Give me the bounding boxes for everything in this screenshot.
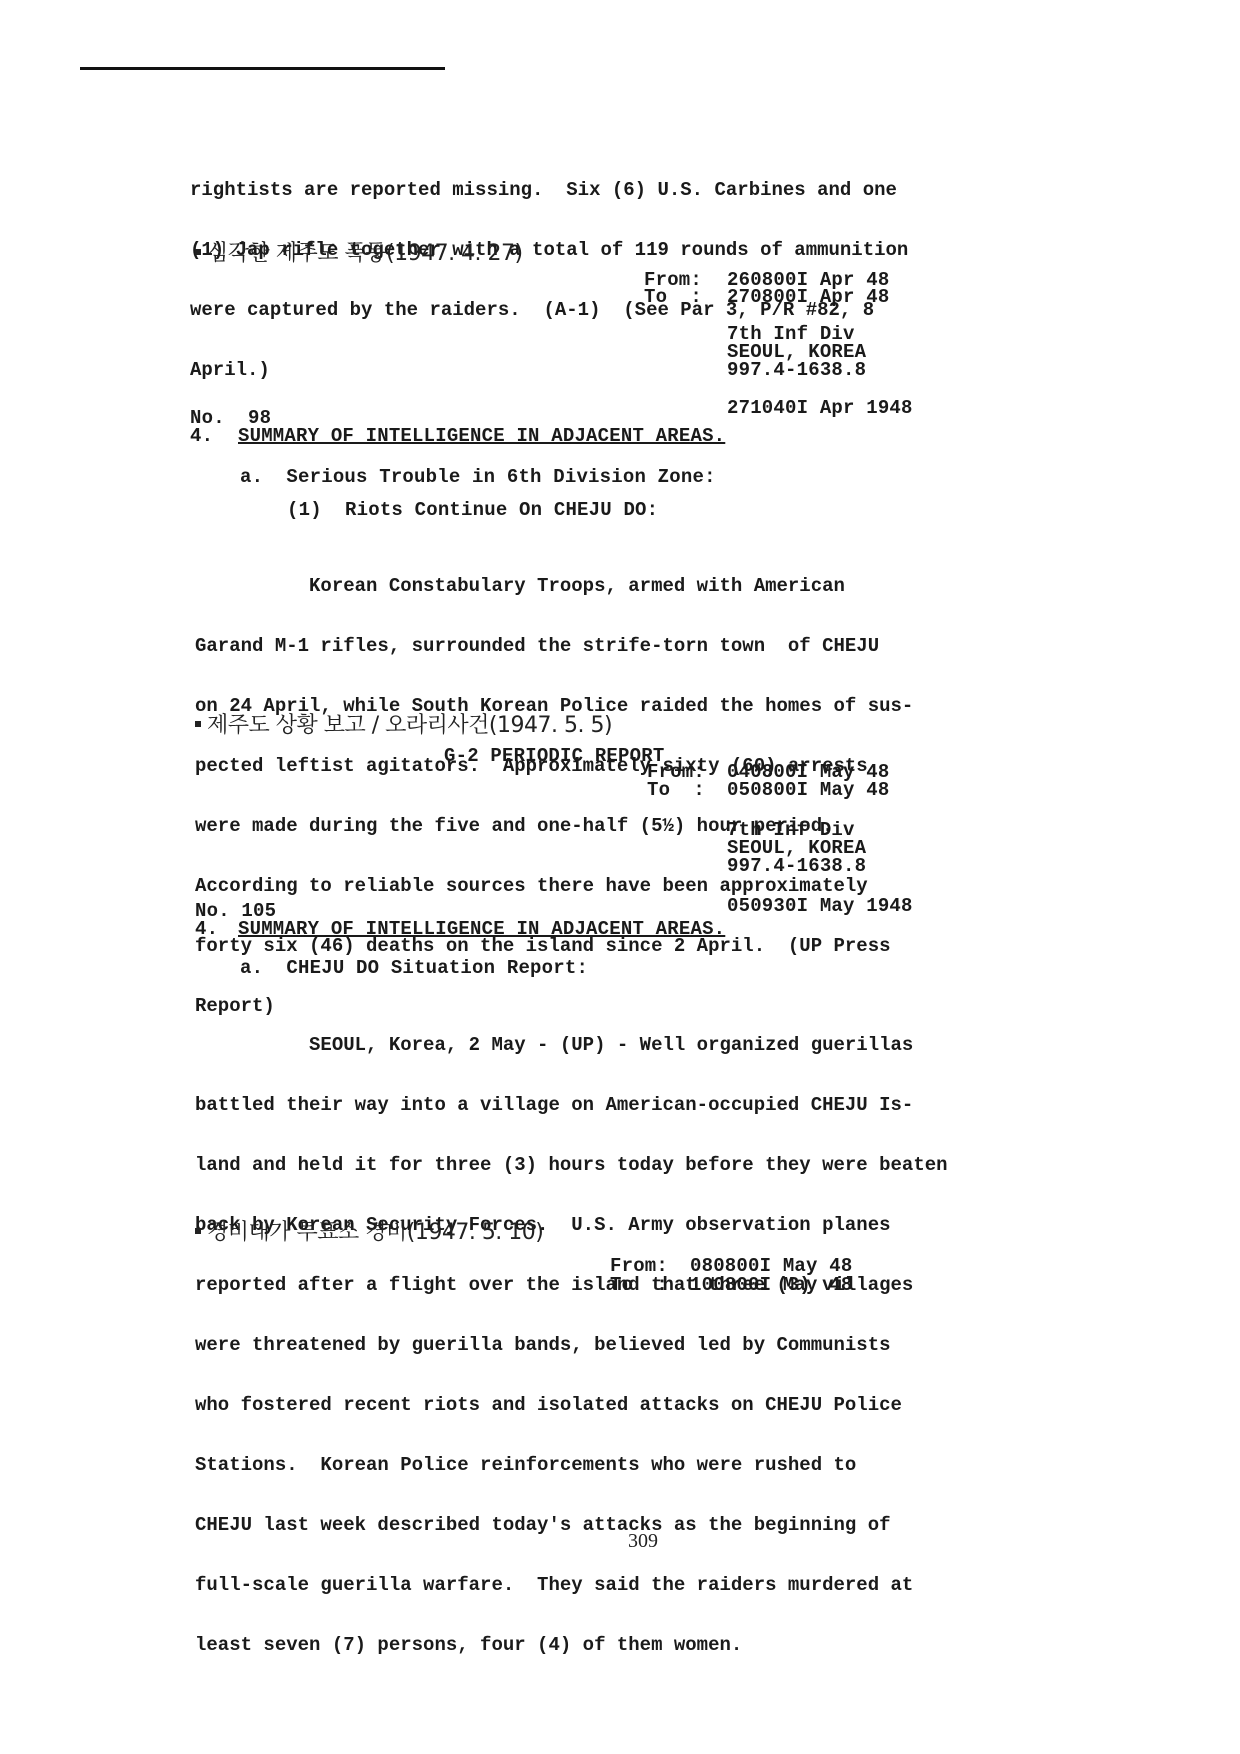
to-label: To : xyxy=(647,780,705,800)
subsection-1: (1) Riots Continue On CHEJU DO: xyxy=(287,500,658,520)
report-title: G-2 PERIODIC REPORT xyxy=(444,746,664,766)
heading-text: 경비대가 투표소 경비(1947. 5. 10) xyxy=(207,1220,543,1245)
to-value: 270800I Apr 48 xyxy=(727,287,889,307)
text-line: battled their way into a village on Amer… xyxy=(195,1095,948,1115)
text-line: land and held it for three (3) hours tod… xyxy=(195,1155,948,1175)
text-line: least seven (7) persons, four (4) of the… xyxy=(195,1635,948,1655)
item-heading: SUMMARY OF INTELLIGENCE IN ADJACENT AREA… xyxy=(238,919,725,939)
korean-section-heading: 제주도 상황 보고 / 오라리사건(1947. 5. 5) xyxy=(195,708,612,739)
to-value: 100800I May 48 xyxy=(690,1275,852,1295)
text-line: SEOUL, Korea, 2 May - (UP) - Well organi… xyxy=(195,1035,948,1055)
text-line: Korean Constabulary Troops, armed with A… xyxy=(195,576,913,596)
text-line: CHEJU last week described today's attack… xyxy=(195,1515,948,1535)
text-line: were threatened by guerilla bands, belie… xyxy=(195,1335,948,1355)
text-line: Garand M-1 rifles, surrounded the strife… xyxy=(195,636,913,656)
heading-text: 제주도 상황 보고 / 오라리사건(1947. 5. 5) xyxy=(207,713,612,738)
text-line: Stations. Korean Police reinforcements w… xyxy=(195,1455,948,1475)
from-value: 080800I May 48 xyxy=(690,1256,852,1276)
text-line: According to reliable sources there have… xyxy=(195,876,913,896)
item-number: 4. xyxy=(190,426,213,446)
korean-section-heading: 심각한 제주도 폭동(1947. 4. 27) xyxy=(195,236,523,267)
heading-text: 심각한 제주도 폭동(1947. 4. 27) xyxy=(207,241,523,266)
subsection-a: a. Serious Trouble in 6th Division Zone: xyxy=(240,467,716,487)
bullet-icon xyxy=(195,1228,201,1234)
to-label: To : xyxy=(610,1275,668,1295)
top-rule xyxy=(80,67,445,70)
to-label: To : xyxy=(644,287,702,307)
item-heading: SUMMARY OF INTELLIGENCE IN ADJACENT AREA… xyxy=(238,426,725,446)
text-line: who fostered recent riots and isolated a… xyxy=(195,1395,948,1415)
page-number: 309 xyxy=(628,1530,658,1553)
from-label: From: xyxy=(610,1256,668,1276)
to-value: 050800I May 48 xyxy=(727,780,889,800)
file-number: 997.4-1638.8 xyxy=(727,360,866,380)
korean-section-heading: 경비대가 투표소 경비(1947. 5. 10) xyxy=(195,1215,543,1246)
file-number: 997.4-1638.8 xyxy=(727,856,866,876)
text-line: full-scale guerilla warfare. They said t… xyxy=(195,1575,948,1595)
item-number: 4. xyxy=(195,919,218,939)
subsection-a: a. CHEJU DO Situation Report: xyxy=(240,958,588,978)
bullet-icon xyxy=(195,249,201,255)
text-line: rightists are reported missing. Six (6) … xyxy=(190,180,908,200)
section-body: SEOUL, Korea, 2 May - (UP) - Well organi… xyxy=(195,995,948,1675)
bullet-icon xyxy=(195,721,201,727)
date-time-group: 271040I Apr 1948 xyxy=(727,398,913,418)
date-time-group: 050930I May 1948 xyxy=(727,896,913,916)
